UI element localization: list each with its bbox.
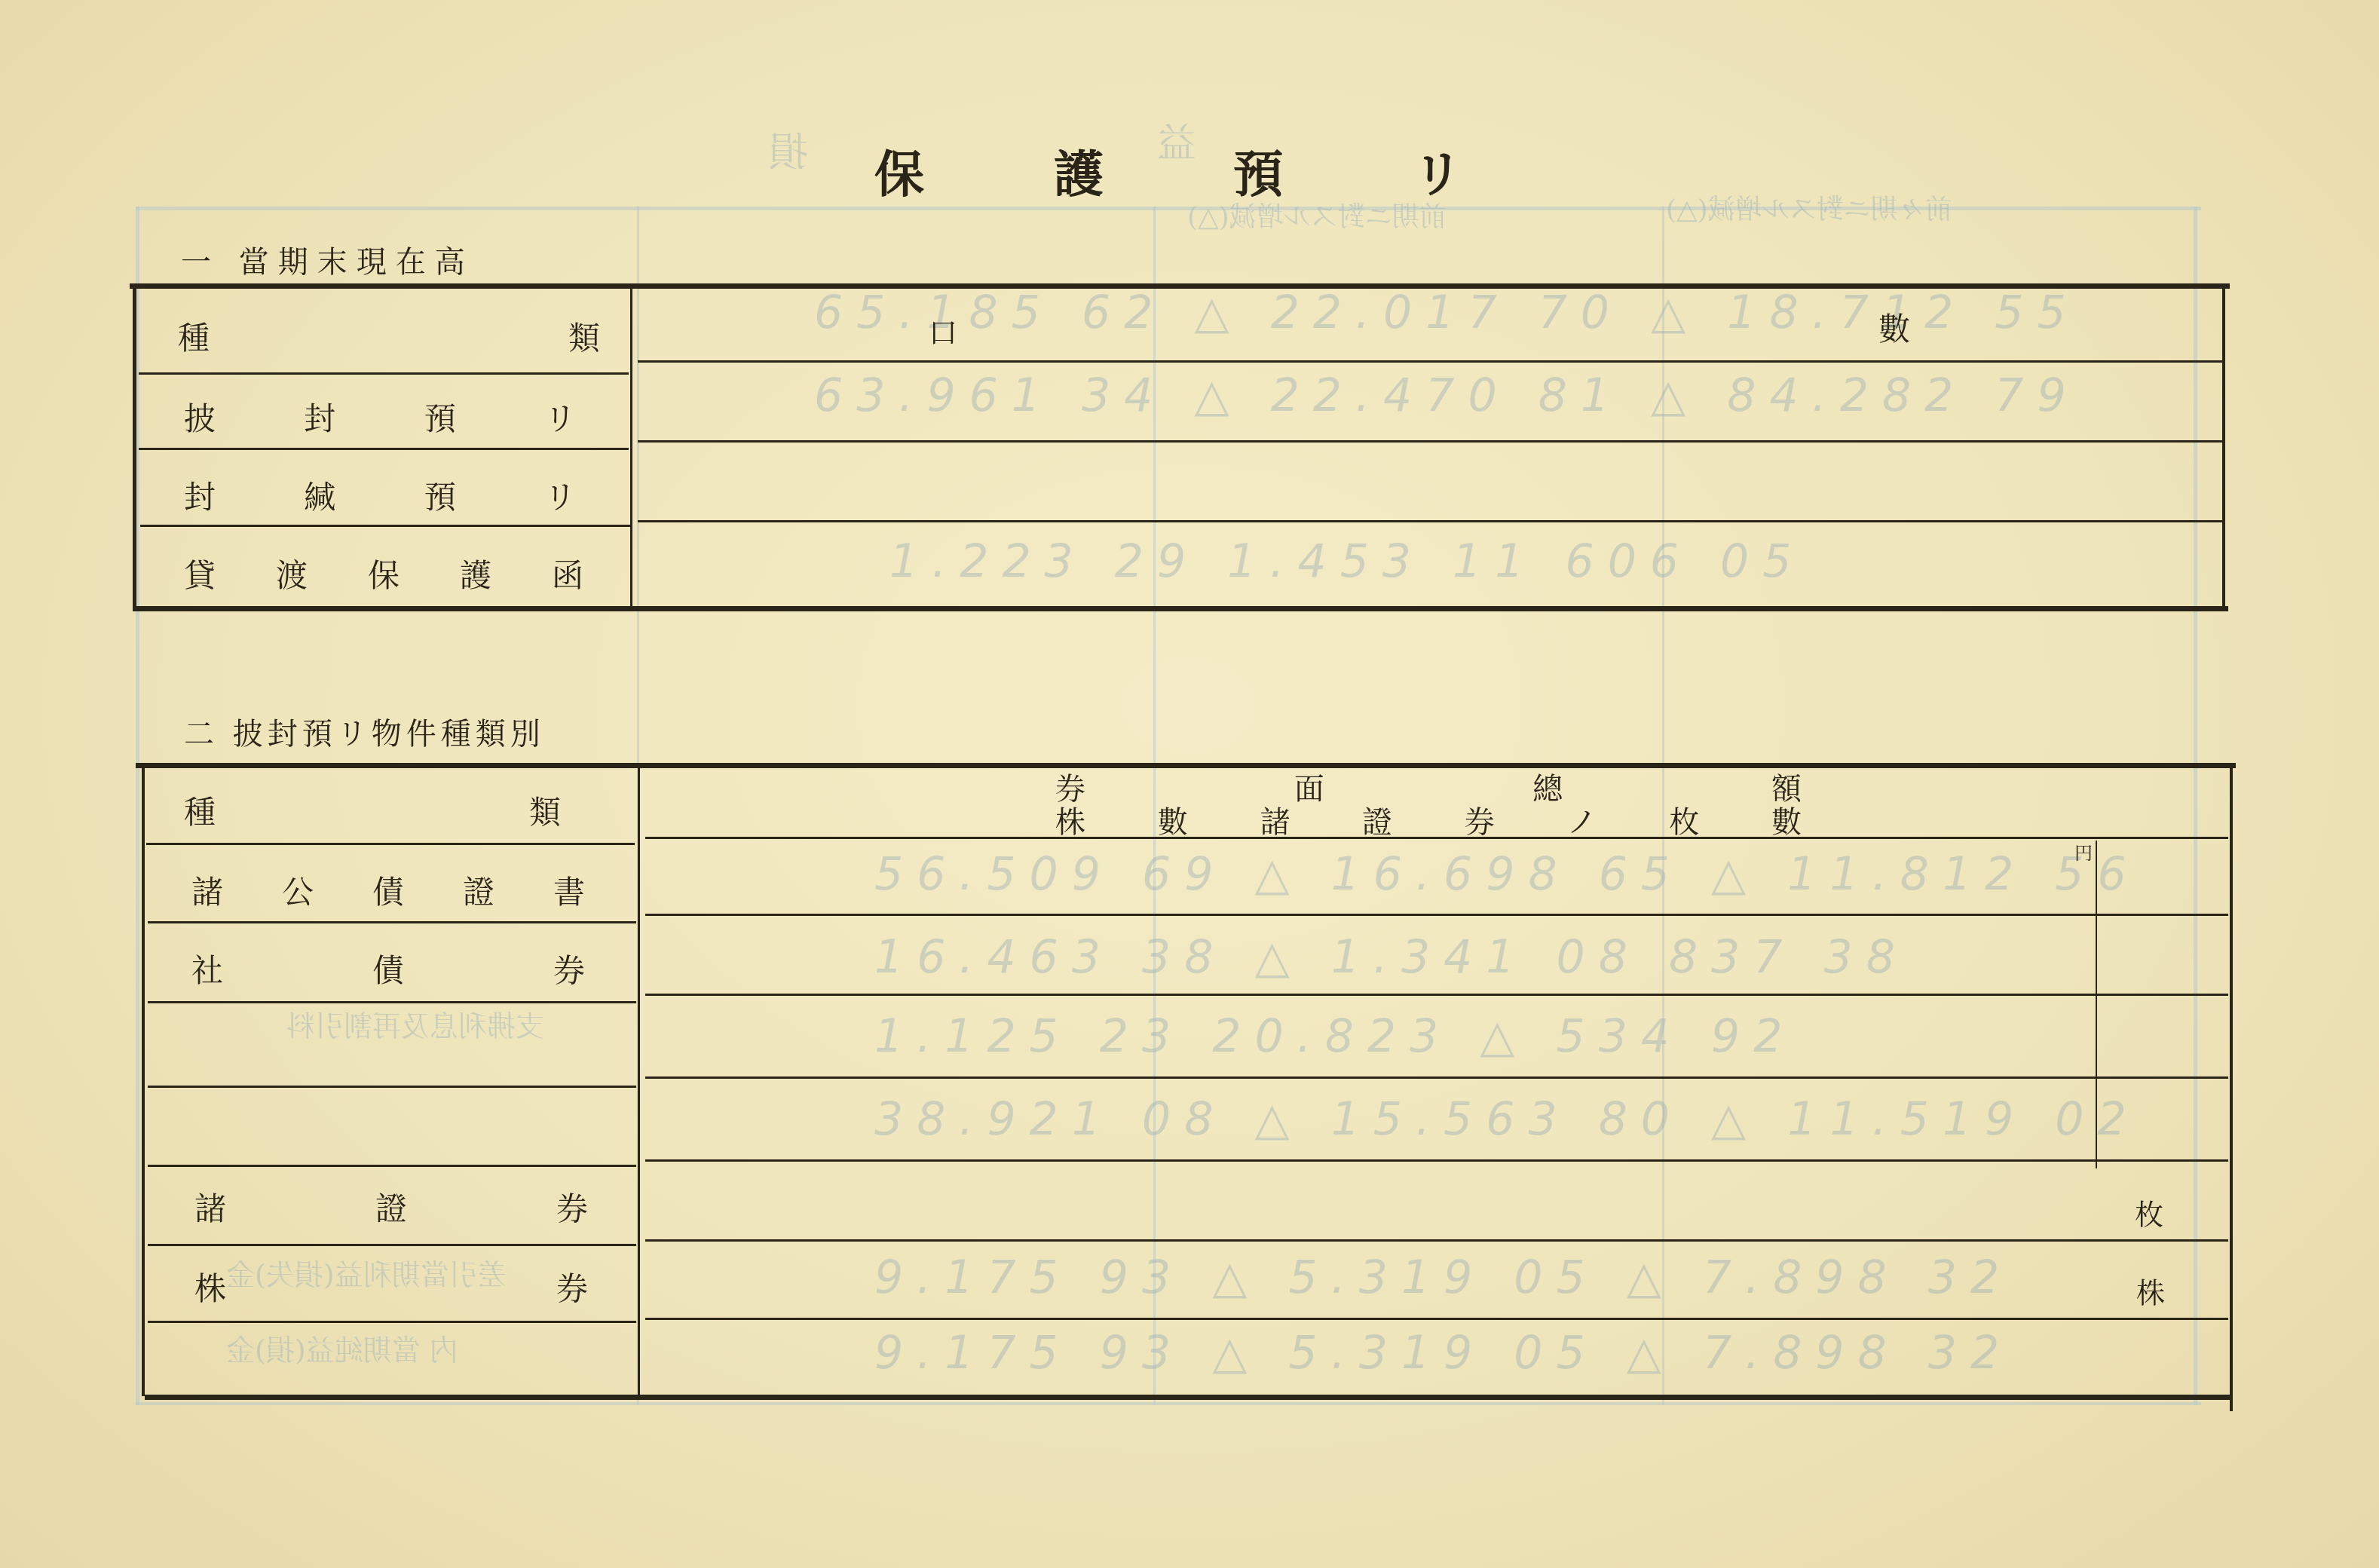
row-rule bbox=[139, 372, 629, 375]
section2-unit-shares: 株 bbox=[2136, 1269, 2165, 1311]
section2-row-value bbox=[645, 1081, 2093, 1156]
title-char: 保 bbox=[874, 134, 924, 202]
section2-row-label: 諸 公 債 證 書 bbox=[191, 856, 585, 924]
label-char: 諸 bbox=[194, 1184, 226, 1230]
section1-row-label: 披 封 預 リ bbox=[184, 383, 576, 451]
section1-header-category: 種 類 bbox=[178, 302, 600, 371]
ghost-title-left: 損 bbox=[769, 121, 808, 177]
row-rule bbox=[645, 994, 2228, 996]
row-rule bbox=[645, 1318, 2228, 1320]
label-char: リ bbox=[544, 394, 576, 439]
label-char: 披 bbox=[184, 394, 216, 439]
label-char: 公 bbox=[282, 868, 314, 913]
label-char: 債 bbox=[372, 946, 404, 991]
label-column-rule bbox=[638, 767, 640, 1396]
header-char: 類 bbox=[529, 788, 561, 833]
section1-header-count-right: 數 bbox=[1878, 305, 1910, 350]
ghost-label: 内 當期純益(損)金 bbox=[226, 1327, 458, 1368]
row-rule bbox=[645, 914, 2228, 916]
row-rule bbox=[638, 440, 2224, 443]
header-char: 種 bbox=[184, 788, 216, 833]
section1-heading: 一 當期末現在高 bbox=[181, 238, 474, 281]
header-char: ノ bbox=[1567, 798, 1597, 841]
section1-row-label: 貸 渡 保 護 函 bbox=[184, 540, 583, 608]
section2-row-label: 社 債 券 bbox=[191, 935, 585, 1003]
header-char: 類 bbox=[568, 314, 600, 359]
label-char: 券 bbox=[553, 946, 585, 991]
label-char: 證 bbox=[375, 1184, 407, 1230]
header-char: 數 bbox=[1771, 798, 1802, 841]
ghost-handwriting: 9.175 93 △ 5.319 05 △ 7.898 32 bbox=[874, 1251, 2013, 1304]
section2-row-value bbox=[645, 998, 2093, 1073]
label-char: リ bbox=[544, 473, 576, 518]
table-top-rule bbox=[130, 283, 2230, 289]
section2-header-category: 種 類 bbox=[184, 776, 561, 844]
row-rule bbox=[148, 1086, 636, 1088]
label-char: 封 bbox=[304, 394, 335, 439]
section2-unit-sheets: 枚 bbox=[2135, 1191, 2163, 1233]
table-left-rule bbox=[133, 285, 136, 611]
section1-row-value bbox=[638, 445, 2221, 517]
row-rule bbox=[638, 520, 2224, 522]
header-char: 證 bbox=[1362, 798, 1392, 841]
title-char: 預 bbox=[1233, 134, 1283, 202]
title-char: リ bbox=[1413, 134, 1462, 202]
label-char: 預 bbox=[424, 394, 456, 439]
section2-row-value bbox=[645, 841, 2093, 912]
label-char: 株 bbox=[194, 1264, 226, 1309]
row-rule bbox=[645, 1076, 2228, 1079]
yen-column-rule bbox=[2096, 841, 2097, 1168]
table-right-rule bbox=[2230, 766, 2233, 1411]
row-rule bbox=[148, 1165, 636, 1167]
header-char: 數 bbox=[1158, 798, 1188, 841]
section2-heading: 二 披封預リ物件種類別 bbox=[184, 710, 545, 753]
label-char: 諸 bbox=[191, 868, 223, 913]
ghost-label: 支拂利息及再割引料 bbox=[286, 1003, 544, 1044]
title-char: 護 bbox=[1054, 134, 1104, 202]
table-bottom-rule bbox=[145, 1395, 2233, 1400]
label-char: 券 bbox=[556, 1264, 588, 1309]
label-char: 貸 bbox=[184, 551, 216, 596]
section2-row-label: 株 券 bbox=[194, 1253, 588, 1321]
section2-row-value bbox=[645, 918, 2093, 991]
ghost-rule bbox=[136, 1402, 2201, 1405]
table-left-rule bbox=[142, 766, 145, 1396]
label-char: 保 bbox=[368, 551, 400, 596]
section1-header-count-left: 口 bbox=[929, 309, 957, 351]
label-char: 券 bbox=[556, 1184, 588, 1230]
section2-header-count: 株 數 諸 證 券 ノ 枚 數 bbox=[1055, 801, 1802, 838]
label-char: 護 bbox=[460, 551, 491, 596]
header-char: 諸 bbox=[1260, 798, 1290, 841]
header-char: 枚 bbox=[1669, 798, 1699, 841]
row-rule bbox=[638, 360, 2224, 363]
label-column-rule bbox=[630, 286, 632, 608]
section1-row-value bbox=[638, 525, 2221, 603]
row-rule bbox=[645, 1239, 2228, 1242]
label-char: 債 bbox=[372, 868, 404, 913]
section2-row-label: 諸 證 券 bbox=[194, 1173, 588, 1241]
ghost-header: 前々期ニ對スル增減(△) bbox=[1666, 188, 1952, 227]
header-char: 券 bbox=[1465, 798, 1495, 841]
label-char: 緘 bbox=[304, 473, 335, 518]
label-char: 預 bbox=[424, 473, 456, 518]
label-char: 函 bbox=[552, 551, 583, 596]
page-title: 保 護 預 リ bbox=[874, 134, 1462, 202]
label-char: 社 bbox=[191, 946, 223, 991]
ghost-handwriting: 9.175 93 △ 5.319 05 △ 7.898 32 bbox=[874, 1327, 2013, 1380]
row-rule bbox=[148, 1321, 636, 1323]
label-char: 渡 bbox=[276, 551, 308, 596]
label-char: 證 bbox=[463, 868, 494, 913]
row-rule bbox=[645, 1159, 2228, 1162]
table-right-rule bbox=[2222, 285, 2225, 611]
label-char: 封 bbox=[184, 473, 216, 518]
header-char: 株 bbox=[1055, 798, 1085, 841]
section1-row-label: 封 緘 預 リ bbox=[184, 461, 576, 529]
label-char: 書 bbox=[553, 868, 585, 913]
row-rule bbox=[148, 1244, 636, 1246]
section1-row-value bbox=[638, 366, 2221, 439]
header-char: 種 bbox=[178, 314, 210, 359]
